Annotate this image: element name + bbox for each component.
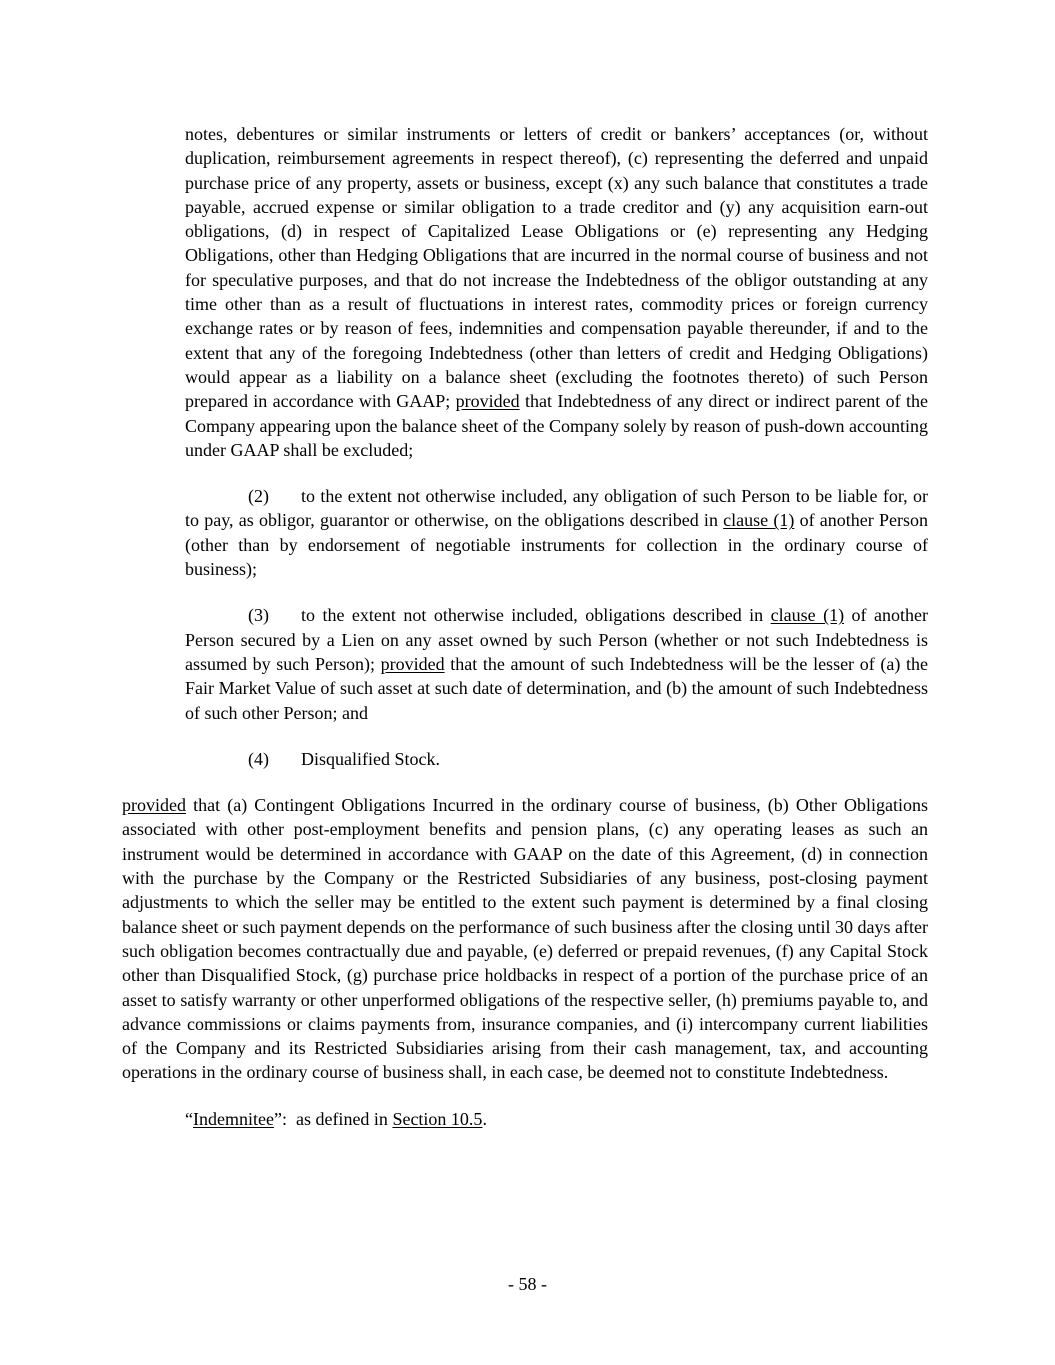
paragraph-clause-2: (2)to the extent not otherwise included,… bbox=[185, 484, 928, 581]
document-page: notes, debentures or similar instruments… bbox=[0, 0, 1055, 1365]
paragraph-clause-3: (3)to the extent not otherwise included,… bbox=[185, 603, 928, 724]
paragraph-indemnitee-definition: “Indemnitee”: as defined in Section 10.5… bbox=[122, 1107, 928, 1131]
paragraph-proviso: provided that (a) Contingent Obligations… bbox=[122, 793, 928, 1085]
paragraph-clause-4: (4)Disqualified Stock. bbox=[185, 747, 928, 771]
document-body: notes, debentures or similar instruments… bbox=[122, 122, 928, 1131]
paragraph-clause-1-continuation: notes, debentures or similar instruments… bbox=[185, 122, 928, 462]
page-number: - 58 - bbox=[0, 1272, 1055, 1296]
